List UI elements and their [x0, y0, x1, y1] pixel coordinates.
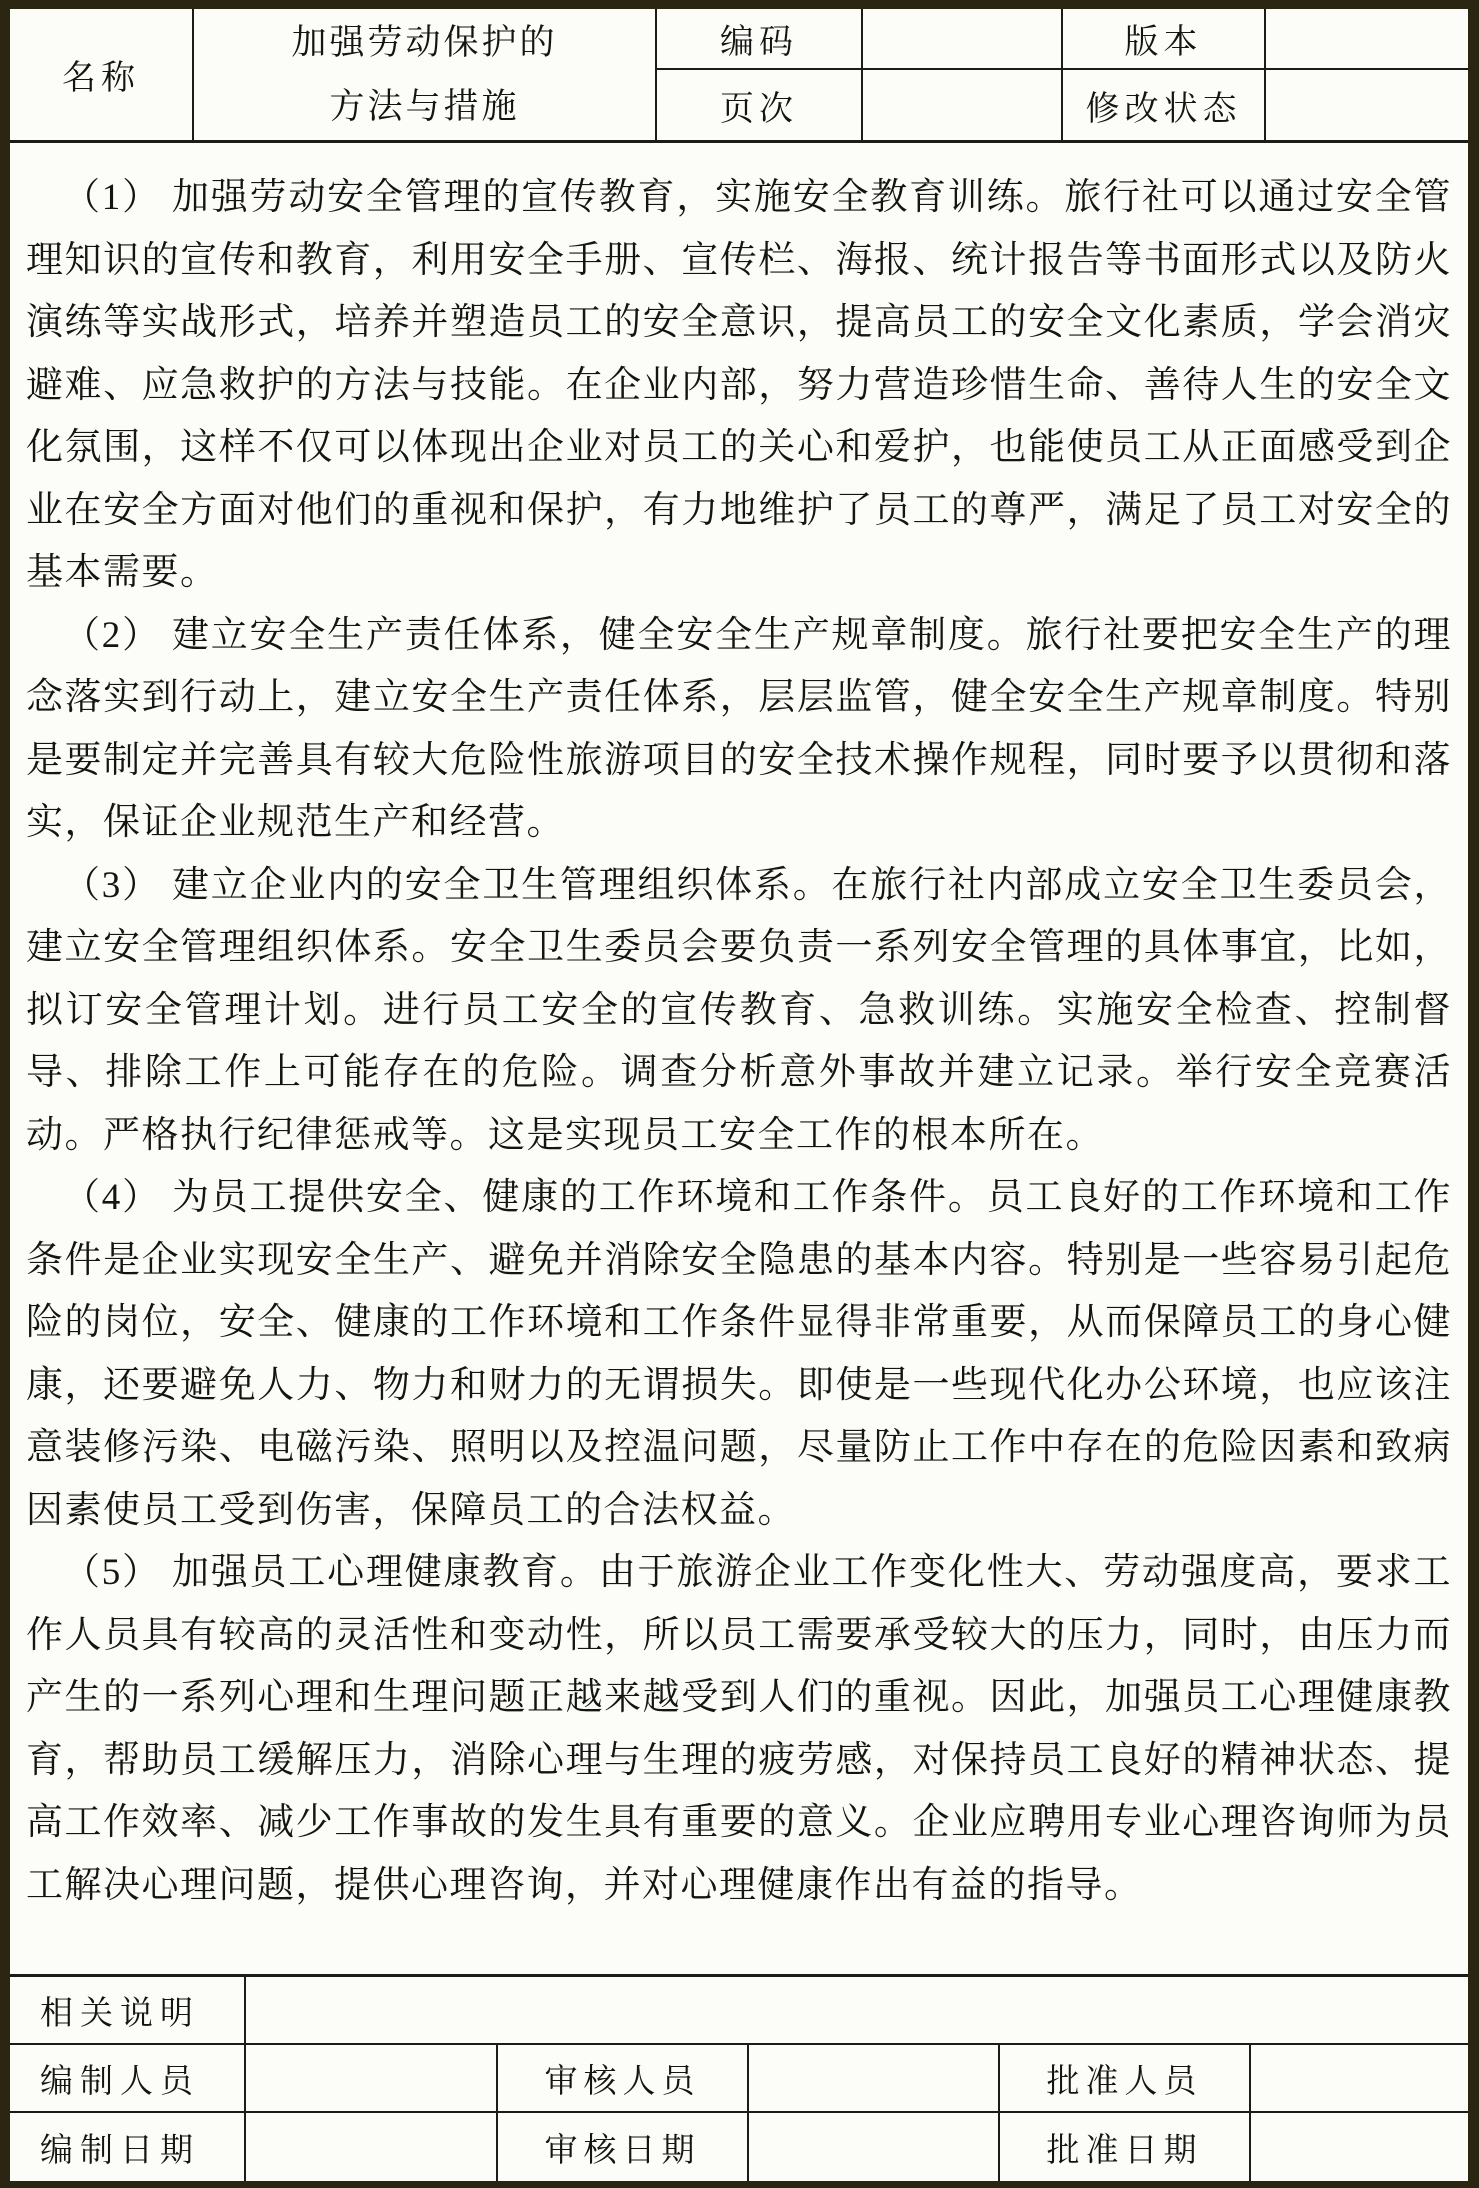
approved-by-value-cell [1251, 2045, 1468, 2111]
prepared-date-value-cell [246, 2113, 498, 2181]
revision-status-label: 修改状态 [1063, 70, 1266, 140]
notes-row: 相关说明 [10, 1977, 1468, 2045]
code-label: 编码 [657, 9, 863, 70]
review-date-label: 审核日期 [498, 2113, 749, 2181]
body-paragraph-1: （1） 加强劳动安全管理的宣传教育，实施安全教育训练。旅行社可以通过安全管理知识… [26, 167, 1452, 605]
approved-by-label: 批准人员 [1000, 2045, 1251, 2111]
document-title: 加强劳动保护的 方法与措施 [194, 9, 657, 140]
footer-table: 相关说明 编制人员 审核人员 批准人员 编制日期 审核日期 批准日期 [10, 1977, 1468, 2181]
document-title-line2: 方法与措施 [329, 75, 519, 139]
date-row: 编制日期 审核日期 批准日期 [10, 2113, 1468, 2181]
approval-date-label: 批准日期 [1000, 2113, 1251, 2181]
version-label: 版本 [1063, 9, 1266, 70]
version-value-cell [1266, 9, 1468, 70]
reviewed-by-value-cell [749, 2045, 1000, 2111]
page-number-value-cell [863, 70, 1063, 140]
document-body: （1） 加强劳动安全管理的宣传教育，实施安全教育训练。旅行社可以通过安全管理知识… [10, 143, 1468, 1977]
review-date-value-cell [749, 2113, 1000, 2181]
document-title-line1: 加强劳动保护的 [291, 11, 557, 75]
document-sheet: 名称 加强劳动保护的 方法与措施 编码 版本 页次 修改状态 （1） 加强劳动安… [10, 9, 1468, 2181]
body-paragraph-4: （4） 为员工提供安全、健康的工作环境和工作条件。员工良好的工作环境和工作条件是… [26, 1167, 1452, 1542]
related-notes-value-cell [246, 1977, 1468, 2043]
name-label: 名称 [10, 9, 194, 140]
personnel-row: 编制人员 审核人员 批准人员 [10, 2045, 1468, 2113]
body-paragraph-2: （2） 建立安全生产责任体系，健全安全生产规章制度。旅行社要把安全生产的理念落实… [26, 605, 1452, 855]
scanned-document-page: 名称 加强劳动保护的 方法与措施 编码 版本 页次 修改状态 （1） 加强劳动安… [0, 0, 1479, 2188]
prepared-by-label: 编制人员 [10, 2045, 246, 2111]
body-paragraph-5: （5） 加强员工心理健康教育。由于旅游企业工作变化性大、劳动强度高，要求工作人员… [26, 1542, 1452, 1917]
approval-date-value-cell [1251, 2113, 1468, 2181]
related-notes-label: 相关说明 [10, 1977, 246, 2043]
page-number-label: 页次 [657, 70, 863, 140]
reviewed-by-label: 审核人员 [498, 2045, 749, 2111]
body-paragraph-3: （3） 建立企业内的安全卫生管理组织体系。在旅行社内部成立安全卫生委员会，建立安… [26, 855, 1452, 1168]
prepared-date-label: 编制日期 [10, 2113, 246, 2181]
revision-status-value-cell [1266, 70, 1468, 140]
code-value-cell [863, 9, 1063, 70]
prepared-by-value-cell [246, 2045, 498, 2111]
header-table: 名称 加强劳动保护的 方法与措施 编码 版本 页次 修改状态 [10, 9, 1468, 143]
